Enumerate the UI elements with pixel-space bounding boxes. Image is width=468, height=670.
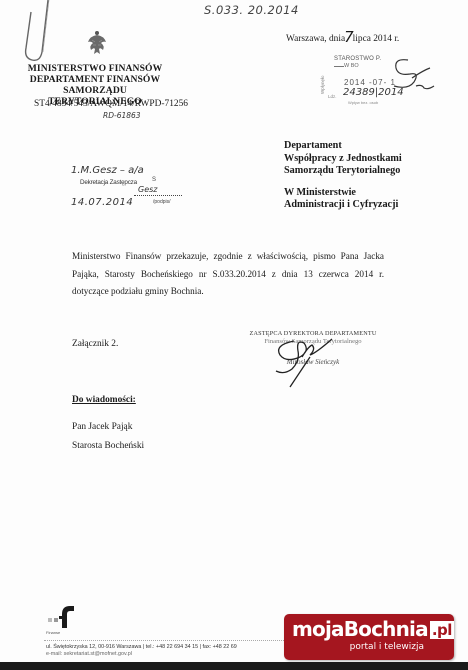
footer-logo-label: Finanse bbox=[46, 630, 60, 635]
decree-letter: S bbox=[152, 177, 156, 183]
reference-number: ST4/4834/543/AWQM/14/RWPD-71256 bbox=[34, 99, 188, 109]
recipient-line-5: Administracji i Cyfryzacji bbox=[284, 199, 402, 212]
stamp-footer: Wpływ bez. osob bbox=[348, 100, 378, 105]
scanned-letter: S.033. 20.2014 MINISTERSTWO FINANSÓW DEP… bbox=[0, 0, 468, 662]
recipient-line-4: W Ministerstwie bbox=[284, 187, 402, 200]
stamp-side-label: Wpłynęło bbox=[320, 75, 325, 94]
recipient-address: Departament Współpracy z Jednostkami Sam… bbox=[284, 140, 402, 212]
place-date-suffix: lipca 2014 r. bbox=[353, 34, 400, 44]
recipient-line-3: Samorządu Terytorialnego bbox=[284, 165, 402, 178]
letter-body: Ministerstwo Finansów przekazuje, zgodni… bbox=[72, 248, 384, 301]
stamp-subtitle: W BO bbox=[344, 63, 359, 69]
footer-address: ul. Świętokrzyska 12, 00-916 Warszawa | … bbox=[46, 644, 237, 650]
decree-signature-line bbox=[134, 195, 182, 196]
decree-handwritten-signature: Gesz bbox=[138, 185, 158, 194]
stamp-rule bbox=[334, 66, 344, 67]
recipient-line-2: Współpracy z Jednostkami bbox=[284, 153, 402, 166]
footer-email: e-mail: sekretariat.st@mofnet.gov.pl bbox=[46, 651, 132, 657]
handwritten-signature-icon bbox=[266, 335, 336, 389]
place-and-date: Warszawa, dnia7lipca 2014 r. bbox=[286, 27, 399, 45]
handwritten-case-reference: S.033. 20.2014 bbox=[204, 3, 299, 17]
decree-handwritten-note: 1.M.Gesz – a/a bbox=[71, 165, 144, 176]
decree-podpis-label: /podpis/ bbox=[153, 199, 171, 205]
stamp-title: STAROSTWO P. bbox=[334, 56, 381, 62]
recipient-line-1: Departament bbox=[284, 140, 402, 153]
watermark-brand: mojaBochnia.pl bbox=[292, 617, 454, 641]
stamp-lp-label: Ldz. bbox=[328, 94, 337, 99]
handwritten-rd-number: RD-61863 bbox=[103, 111, 141, 120]
cc-item: Pan Jacek Pająk bbox=[72, 418, 144, 437]
decree-handwritten-date: 14.07.2014 bbox=[71, 197, 133, 208]
watermark-tagline: portal i telewizja bbox=[350, 642, 424, 652]
cc-list: Pan Jacek Pająk Starosta Bocheński bbox=[72, 418, 144, 456]
handwritten-day: 7 bbox=[344, 28, 354, 46]
signature-block: ZASTĘPCA DYREKTORA DEPARTAMENTU Finansów… bbox=[238, 330, 388, 390]
ministry-finance-logo-icon bbox=[46, 604, 76, 630]
polish-eagle-emblem-icon bbox=[86, 30, 108, 56]
place-date-prefix: Warszawa, dnia bbox=[286, 34, 345, 44]
footer-divider bbox=[44, 640, 284, 641]
cc-item: Starosta Bocheński bbox=[72, 437, 144, 456]
mojabochnia-watermark: mojaBochnia.pl portal i telewizja bbox=[284, 614, 454, 660]
attachment-note: Załącznik 2. bbox=[72, 339, 118, 349]
paperclip-icon bbox=[18, 0, 52, 64]
bottom-border-bar bbox=[0, 662, 468, 670]
decree-label: Dekretacja Zastępcza bbox=[80, 179, 137, 186]
watermark-brand-text: mojaBochnia bbox=[292, 617, 428, 641]
sender-line-2: DEPARTAMENT FINANSÓW bbox=[20, 74, 170, 85]
sender-line-1: MINISTERSTWO FINANSÓW bbox=[20, 63, 170, 74]
received-stamp: STAROSTWO P. W BO Wpłynęło 2014 -07- 1 L… bbox=[320, 56, 440, 118]
watermark-tld: .pl bbox=[430, 621, 454, 639]
decree-stamp: 1.M.Gesz – a/a Dekretacja Zastępcza S Ge… bbox=[66, 165, 186, 220]
cc-heading: Do wiadomości: bbox=[72, 395, 136, 405]
stamp-signature-scribble-icon bbox=[380, 56, 436, 100]
